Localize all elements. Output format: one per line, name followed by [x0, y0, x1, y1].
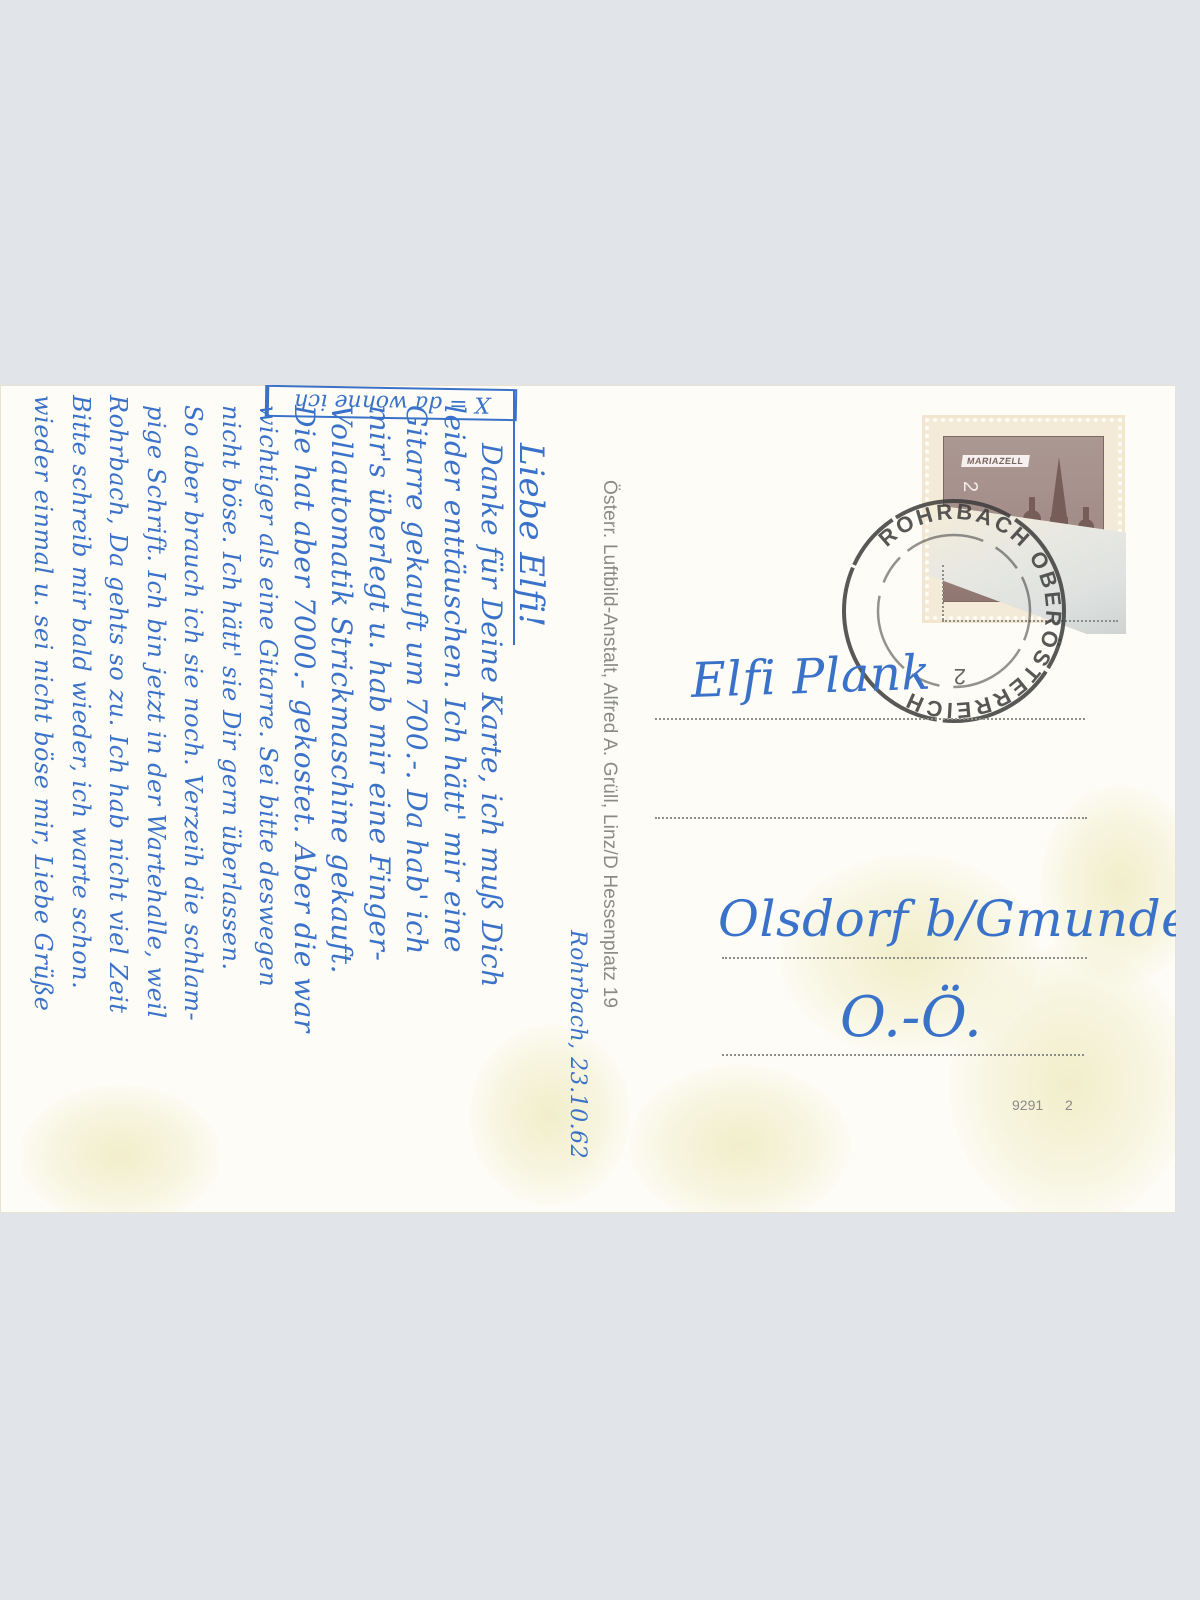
water-stain [470, 1025, 630, 1205]
date-line: Rohrbach, 23.10.62 [566, 930, 588, 1159]
water-stain [950, 945, 1176, 1213]
postmark-number: 2 [954, 664, 966, 689]
serial-number-main: 9291 [1012, 1097, 1043, 1113]
water-stain [630, 1065, 850, 1213]
message-line: leider enttäuschen. Ich hätt' mir eine [440, 405, 468, 953]
message-line: Rohrbach, Da gehts so zu. Ich hab nicht … [106, 395, 130, 1013]
address-line-3 [722, 957, 1087, 959]
stamp-area-border [942, 620, 1118, 622]
publisher-imprint: Österr. Luftbild-Anstalt, Alfred A. Grül… [598, 480, 620, 1008]
address-line-2 [655, 817, 1087, 819]
message-line: pige Schrift. Ich bin jetzt in der Warte… [144, 405, 168, 1019]
water-stain [1040, 785, 1176, 985]
message-line: Die hat aber 7000.- gekostet. Aber die w… [290, 405, 318, 1033]
recipient-region: O.-Ö. [840, 985, 982, 1050]
message-line: Bitte schreib mir bald wieder, ich warte… [69, 395, 93, 989]
postage-stamp: MARIAZELL 2 [925, 418, 1122, 620]
message-line: nicht böse. Ich hätt' sie Dir gern überl… [219, 405, 243, 971]
water-stain [20, 1085, 220, 1213]
salutation: Liebe Elfi! [514, 443, 548, 628]
stamp-value: 2 [958, 481, 981, 492]
stamp-area-border [942, 565, 944, 620]
recipient-city: Olsdorf b/Gmunden [718, 890, 1176, 948]
recipient-name: Elfi Plank [690, 645, 932, 709]
message-line: So aber brauch ich sie noch. Verzeih die… [181, 405, 205, 1021]
address-line-4 [722, 1054, 1084, 1056]
message-line: Danke für Deine Karte, ich muß Dich [477, 443, 505, 988]
serial-number-suffix: 2 [1065, 1097, 1073, 1113]
message-line: Gitarre gekauft um 700.-. Da hab' ich [402, 405, 430, 955]
message-line: Vollautomatik Strickmaschine gekauft. [327, 405, 355, 974]
message-line: wieder einmal u. sei nicht böse mir, Lie… [31, 395, 55, 1011]
address-line-1 [655, 718, 1085, 720]
serial-number: 9291 2 [1012, 1097, 1073, 1113]
message-line: mir's überlegt u. hab mir eine Finger- [365, 405, 393, 961]
postcard-back: X = da wohne ich Liebe Elfi! Danke für D… [0, 385, 1176, 1213]
message-line: wichtiger als eine Gitarre. Sei bitte de… [256, 405, 280, 987]
